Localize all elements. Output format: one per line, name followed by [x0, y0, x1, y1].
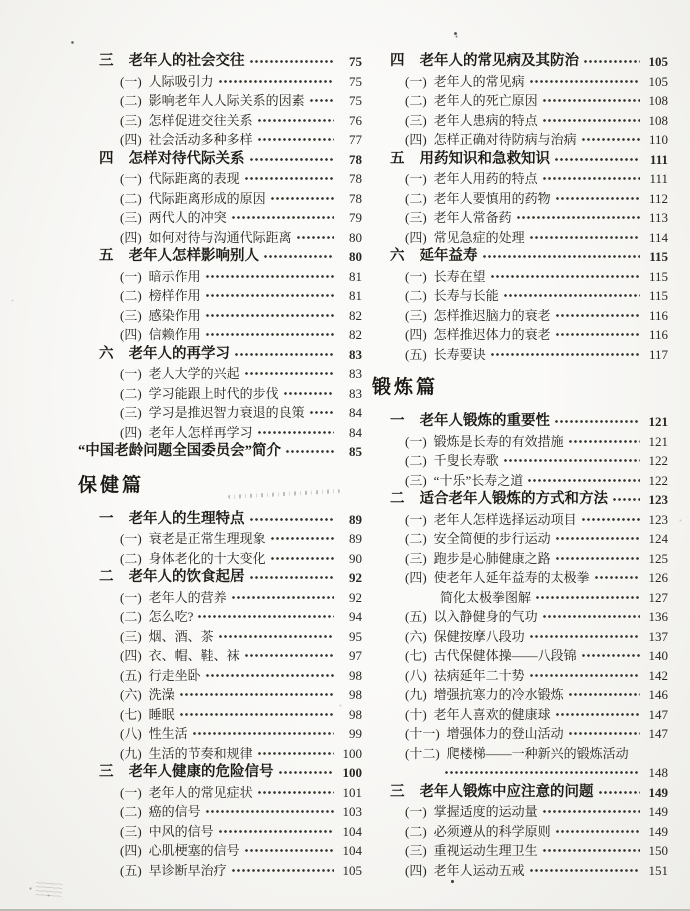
dot-leader: [257, 430, 334, 435]
entry-title: 老年人要慎用的药物: [434, 189, 551, 209]
entry-title: 老年人的社会交往: [129, 52, 245, 72]
entry-page: 121: [642, 412, 668, 432]
toc-entry: (二) 代际距离形成的原因 78: [78, 189, 362, 209]
entry-page: 146: [642, 685, 668, 705]
entry-page: 77: [336, 130, 362, 150]
toc-entry: (二) 千叟长寿歌 122: [372, 451, 668, 471]
entry-page: 125: [642, 549, 668, 569]
dot-leader: [542, 848, 640, 853]
dot-leader: [527, 478, 640, 483]
entry-page: 111: [642, 150, 668, 170]
toc-entry: (一) 长寿在望 115: [372, 267, 668, 287]
entry-title: 老年人患病的特点: [434, 111, 538, 131]
entry-number: (五): [405, 345, 427, 365]
toc-scan-page: 三 老年人的社会交往 75 (一) 人际吸引力 75 (二) 影响老年人人际关系…: [0, 0, 690, 911]
entry-page: 76: [336, 111, 362, 131]
entry-title: 暗示作用: [149, 267, 201, 287]
entry-title: 学习是推迟智力衰退的良策: [149, 403, 305, 423]
toc-entry: 二 老年人的饮食起居 92: [78, 568, 362, 588]
toc-column-right: 四 老年人的常见病及其防治 105 (一) 老年人的常见病 105 (二) 老年…: [372, 52, 668, 880]
dot-leader: [594, 575, 640, 580]
entry-page: 98: [336, 685, 362, 705]
scan-smudge: [36, 881, 63, 897]
dot-leader: [244, 848, 334, 853]
entry-number: 三: [99, 763, 114, 783]
toc-entry: 六 延年益寿 115: [372, 247, 668, 267]
entry-title: 安全简便的步行运动: [434, 529, 551, 549]
entry-title: 老年人的死亡原因: [434, 91, 538, 111]
toc-entry: (四) 使老年人延年益寿的太极拳 126: [372, 568, 668, 588]
entry-number: (一): [120, 588, 142, 608]
entry-title: 老年人的再学习: [129, 345, 231, 365]
entry-page: 123: [642, 490, 668, 510]
toc-entry: (四) 社会活动多种多样 77: [78, 130, 362, 150]
toc-entry: (四) 心肌梗塞的信号 104: [78, 841, 362, 861]
entry-number: (三): [405, 471, 427, 491]
entry-page: 105: [642, 72, 668, 92]
dot-leader: [296, 235, 334, 240]
toc-entry: (三) “十乐”长寿之道 122: [372, 471, 668, 491]
entry-title: 老年人的饮食起居: [129, 568, 245, 588]
toc-entry: 五 老年人怎样影响别人 80: [78, 247, 362, 267]
dot-leader: [205, 673, 334, 678]
entry-number: (九): [120, 744, 142, 764]
dot-leader: [542, 98, 640, 103]
entry-title: 老年人怎样再学习: [149, 423, 253, 443]
entry-title: 长寿与长能: [434, 286, 499, 306]
entry-title: 烟、酒、茶: [149, 627, 214, 647]
dot-leader: [218, 634, 334, 639]
entry-page: 105: [336, 861, 362, 881]
entry-title: 祛病延年二十势: [434, 666, 525, 686]
entry-page: 113: [642, 208, 668, 228]
toc-entry: (三) 两代人的冲突 79: [78, 208, 362, 228]
entry-number: (二): [405, 529, 427, 549]
entry-number: (四): [120, 130, 142, 150]
entry-number: (三): [405, 111, 427, 131]
toc-entry: (一) 老年人的营养 92: [78, 588, 362, 608]
entry-number: (一): [405, 267, 427, 287]
toc-entry: (二) 必须遵从的科学原则 149: [372, 822, 668, 842]
entry-page: 75: [336, 91, 362, 111]
toc-entry: (三) 怎样促进交往关系 76: [78, 111, 362, 131]
entry-title: 洗澡: [149, 685, 175, 705]
entry-title: 以入静健身的气功: [434, 607, 538, 627]
entry-number: (二): [405, 91, 427, 111]
toc-entry: 一 老年人的生理特点 89: [78, 510, 362, 530]
entry-number: (三): [405, 208, 427, 228]
entry-page: 149: [642, 783, 668, 803]
dot-leader: [231, 215, 334, 220]
entry-title: 老年人用药的特点: [434, 169, 538, 189]
entry-page: 140: [642, 646, 668, 666]
entry-title: 增强抗寒力的冷水锻炼: [434, 685, 564, 705]
entry-title: 怎么吃?: [149, 607, 194, 627]
entry-page: 115: [642, 267, 668, 287]
entry-page: 82: [336, 306, 362, 326]
dot-leader: [555, 196, 640, 201]
entry-page: 81: [336, 286, 362, 306]
entry-page: 112: [642, 189, 668, 209]
entry-page: 82: [336, 325, 362, 345]
dot-leader: [598, 790, 641, 795]
toc-entry: 一 老年人锻炼的重要性 121: [372, 412, 668, 432]
toc-entry: 三 老年人锻炼中应注意的问题 149: [372, 783, 668, 803]
entry-number: 四: [390, 52, 405, 72]
entry-title: 行走坐卧: [149, 666, 201, 686]
toc-entry: (六) 洗澡 98: [78, 685, 362, 705]
entry-number: 三: [99, 52, 114, 72]
toc-entry: 三 老年人健康的危险信号 100: [78, 763, 362, 783]
entry-title: 老年人怎样选择运动项目: [434, 510, 577, 530]
toc-entry: (一) 代际距离的表现 78: [78, 169, 362, 189]
entry-title: 老年人锻炼的重要性: [420, 412, 551, 432]
entry-number: 五: [99, 247, 114, 267]
entry-number: (十二): [405, 744, 440, 764]
entry-number: (一): [120, 529, 142, 549]
entry-page: 126: [642, 568, 668, 588]
entry-title: 跑步是心肺健康之路: [434, 549, 551, 569]
entry-number: (四): [405, 228, 427, 248]
dot-leader: [554, 157, 640, 162]
entry-title: 人际吸引力: [149, 72, 214, 92]
dot-leader: [555, 712, 640, 717]
entry-page: 115: [642, 286, 668, 306]
entry-title: 性生活: [149, 724, 188, 744]
entry-title: 老年人的常见症状: [149, 783, 253, 803]
dot-leader: [179, 692, 334, 697]
toc-entry: (三) 跑步是心肺健康之路 125: [372, 549, 668, 569]
entry-number: 二: [390, 490, 405, 510]
entry-number: (四): [120, 325, 142, 345]
entry-page: 116: [642, 306, 668, 326]
entry-number: (六): [405, 627, 427, 647]
entry-number: (二): [120, 802, 142, 822]
dot-leader: [244, 371, 334, 376]
dot-leader: [490, 352, 640, 357]
dot-leader: [535, 595, 640, 600]
entry-title: 长寿要诀: [434, 345, 486, 365]
entry-number: (一): [120, 364, 142, 384]
entry-page: 127: [642, 588, 668, 608]
entry-page: 151: [642, 861, 668, 881]
entry-number: (二): [120, 549, 142, 569]
entry-title: 长寿在望: [434, 267, 486, 287]
toc-entry: “中国老龄问题全国委员会”简介 85: [78, 442, 362, 462]
dot-leader: [529, 673, 640, 678]
toc-entry: 四 老年人的常见病及其防治 105: [372, 52, 668, 72]
entry-title: 用药知识和急救知识: [420, 150, 551, 170]
dot-leader: [490, 274, 640, 279]
entry-title: 早诊断早治疗: [149, 861, 227, 881]
entry-number: (三): [405, 549, 427, 569]
toc-entry: (四) 老年人怎样再学习 84: [78, 423, 362, 443]
entry-title: “十乐”长寿之道: [434, 471, 524, 491]
entry-number: (三): [120, 208, 142, 228]
entry-number: (一): [405, 72, 427, 92]
entry-page: 98: [336, 705, 362, 725]
entry-number: (五): [120, 861, 142, 881]
entry-title: 衰老是正常生理现象: [149, 529, 266, 549]
entry-title: 老年人怎样影响别人: [129, 247, 260, 267]
entry-page: 149: [642, 822, 668, 842]
entry-page: 148: [642, 763, 668, 783]
entry-title: 老年人的常见病及其防治: [420, 52, 580, 72]
toc-entry: (二) 怎么吃? 94: [78, 607, 362, 627]
toc-entry: (四) 衣、帽、鞋、袜 97: [78, 646, 362, 666]
scan-speckles: [0, 0, 1, 1]
entry-title: 癌的信号: [149, 802, 201, 822]
entry-title: “中国老龄问题全国委员会”简介: [78, 442, 281, 462]
entry-title: 睡眠: [149, 705, 175, 725]
entry-number: 二: [99, 568, 114, 588]
toc-column-left: 三 老年人的社会交往 75 (一) 人际吸引力 75 (二) 影响老年人人际关系…: [78, 52, 362, 880]
entry-title: 老年人健康的危险信号: [129, 763, 274, 783]
dot-leader: [581, 653, 640, 658]
dot-leader: [270, 196, 334, 201]
entry-title: 代际距离形成的原因: [149, 189, 266, 209]
entry-page: 147: [642, 724, 668, 744]
dot-leader: [231, 868, 334, 873]
dot-leader: [283, 391, 334, 396]
toc-entry: (五) 早诊断早治疗 105: [78, 861, 362, 881]
dot-leader: [257, 118, 334, 123]
entry-number: (二): [120, 189, 142, 209]
dot-leader: [529, 79, 640, 84]
entry-page: 147: [642, 705, 668, 725]
entry-title: 老年人的营养: [149, 588, 227, 608]
dot-leader: [285, 449, 334, 454]
entry-page: 115: [642, 247, 668, 267]
entry-title: 爬楼梯——一种新兴的锻炼活动: [447, 744, 629, 764]
entry-title: 怎样推迟体力的衰老: [434, 325, 551, 345]
dot-leader: [270, 556, 334, 561]
entry-number: (一): [120, 267, 142, 287]
entry-title: 如何对待与沟通代际距离: [149, 228, 292, 248]
dot-leader: [257, 790, 334, 795]
entry-page: 78: [336, 169, 362, 189]
dot-leader: [278, 770, 335, 775]
toc-entry: (一) 暗示作用 81: [78, 267, 362, 287]
toc-entry: (九) 生活的节奏和规律 100: [78, 744, 362, 764]
entry-page: 85: [336, 442, 362, 462]
toc-entry: (七) 睡眠 98: [78, 705, 362, 725]
toc-entry: (一) 衰老是正常生理现象 89: [78, 529, 362, 549]
toc-entry: (一) 锻炼是长寿的有效措施 121: [372, 432, 668, 452]
entry-title: 怎样推迟脑力的衰老: [434, 306, 551, 326]
entry-page: 83: [336, 384, 362, 404]
entry-page: 89: [336, 529, 362, 549]
dot-leader: [309, 410, 334, 415]
entry-page: 92: [336, 588, 362, 608]
entry-number: (二): [120, 91, 142, 111]
toc-entry: (二) 身体老化的十大变化 90: [78, 549, 362, 569]
toc-entry: (四) 怎样正确对待防病与治病 110: [372, 130, 668, 150]
entry-number: (二): [405, 822, 427, 842]
entry-title: 心肌梗塞的信号: [149, 841, 240, 861]
entry-number: (三): [405, 306, 427, 326]
toc-entry: (九) 增强抗寒力的冷水锻炼 146: [372, 685, 668, 705]
toc-entry: (三) 老年人常备药 113: [372, 208, 668, 228]
entry-title: 两代人的冲突: [149, 208, 227, 228]
toc-entry: (一) 老年人的常见症状 101: [78, 783, 362, 803]
entry-title: 常见急症的处理: [434, 228, 525, 248]
dot-leader: [205, 313, 334, 318]
entry-number: (四): [405, 325, 427, 345]
entry-page: 123: [642, 510, 668, 530]
entry-number: (一): [405, 510, 427, 530]
dot-leader: [542, 614, 640, 619]
entry-title: 老年人常备药: [434, 208, 512, 228]
entry-page: 79: [336, 208, 362, 228]
dot-leader: [568, 439, 640, 444]
entry-page: 122: [642, 471, 668, 491]
dot-leader: [503, 293, 640, 298]
dot-leader: [581, 137, 640, 142]
dot-leader: [555, 556, 640, 561]
entry-title: 衣、帽、鞋、袜: [149, 646, 240, 666]
toc-entry: (五) 以入静健身的气功 136: [372, 607, 668, 627]
entry-page: 142: [642, 666, 668, 686]
entry-page: 149: [642, 802, 668, 822]
toc-entry: (一) 老年人怎样选择运动项目 123: [372, 510, 668, 530]
toc-entry: (三) 中风的信号 104: [78, 822, 362, 842]
dot-leader: [503, 458, 640, 463]
entry-page: 99: [336, 724, 362, 744]
dot-leader: [257, 137, 334, 142]
section-heading: 锻炼篇: [372, 375, 668, 401]
entry-page: 110: [642, 130, 668, 150]
entry-number: 六: [99, 345, 114, 365]
toc-entry: (三) 怎样推迟脑力的衰老 116: [372, 306, 668, 326]
entry-number: (三): [120, 403, 142, 423]
entry-page: 104: [336, 822, 362, 842]
entry-title: 必须遵从的科学原则: [434, 822, 551, 842]
entry-page: 83: [336, 345, 362, 365]
toc-entry: (二) 影响老年人人际关系的因素 75: [78, 91, 362, 111]
entry-number: (四): [120, 423, 142, 443]
entry-page: 78: [336, 150, 362, 170]
entry-number: 四: [99, 150, 114, 170]
entry-page: 89: [336, 510, 362, 530]
entry-title: 身体老化的十大变化: [149, 549, 266, 569]
dot-leader: [192, 731, 334, 736]
dot-leader: [205, 809, 334, 814]
entry-number: (一): [120, 783, 142, 803]
entry-number: (四): [405, 568, 427, 588]
entry-title: 榜样作用: [149, 286, 201, 306]
entry-page: 80: [336, 247, 362, 267]
entry-page: 75: [336, 52, 362, 72]
entry-number: (一): [405, 169, 427, 189]
entry-page: 116: [642, 325, 668, 345]
dot-leader: [270, 536, 334, 541]
toc-entry: (二) 安全简便的步行运动 124: [372, 529, 668, 549]
entry-number: (五): [405, 607, 427, 627]
entry-page: 80: [336, 228, 362, 248]
toc-entry: (四) 如何对待与沟通代际距离 80: [78, 228, 362, 248]
entry-number: (一): [405, 432, 427, 452]
entry-page: 108: [642, 91, 668, 111]
entry-number: (六): [120, 685, 142, 705]
dot-leader: [205, 293, 334, 298]
toc-entry: (三) 感染作用 82: [78, 306, 362, 326]
entry-title: 怎样对待代际关系: [129, 150, 245, 170]
entry-page: 84: [336, 403, 362, 423]
entry-page: 83: [336, 364, 362, 384]
entry-number: (二): [120, 384, 142, 404]
entry-number: (四): [405, 130, 427, 150]
toc-entry: (五) 行走坐卧 98: [78, 666, 362, 686]
dot-leader: [555, 313, 640, 318]
dot-leader: [529, 634, 640, 639]
entry-title: 保健按摩八段功: [434, 627, 525, 647]
entry-title: 中风的信号: [149, 822, 214, 842]
entry-title: 影响老年人人际关系的因素: [149, 91, 305, 111]
entry-title: 锻炼是长寿的有效措施: [434, 432, 564, 452]
entry-title: 学习能跟上时代的步伐: [149, 384, 279, 404]
entry-page: 111: [642, 169, 668, 189]
entry-number: (二): [405, 451, 427, 471]
entry-number: (十一): [405, 724, 440, 744]
entry-page: 108: [642, 111, 668, 131]
dot-leader: [516, 215, 640, 220]
toc-entry: (一) 人际吸引力 75: [78, 72, 362, 92]
dot-leader: [554, 419, 640, 424]
entry-page: 103: [336, 802, 362, 822]
entry-title: 感染作用: [149, 306, 201, 326]
toc-entry: (一) 老年人用药的特点 111: [372, 169, 668, 189]
toc-entry: 148: [372, 763, 668, 783]
dot-leader: [218, 829, 334, 834]
dot-leader: [542, 118, 640, 123]
entry-title: 社会活动多种多样: [149, 130, 253, 150]
toc-entry: (三) 学习是推迟智力衰退的良策 84: [78, 403, 362, 423]
dot-leader: [218, 79, 334, 84]
dot-leader: [529, 235, 640, 240]
toc-entry: (三) 烟、酒、茶 95: [78, 627, 362, 647]
dot-leader: [263, 254, 334, 259]
toc-entry: (二) 老年人的死亡原因 108: [372, 91, 668, 111]
toc-entry: (三) 老年人患病的特点 108: [372, 111, 668, 131]
toc-entry: (十) 老年人喜欢的健康球 147: [372, 705, 668, 725]
toc-entry: (八) 祛病延年二十势 142: [372, 666, 668, 686]
toc-entry: (十一) 增强体力的登山活动 147: [372, 724, 668, 744]
entry-title: 信赖作用: [149, 325, 201, 345]
entry-title: 老年人锻炼中应注意的问题: [420, 783, 594, 803]
dot-leader: [542, 809, 640, 814]
dot-leader: [234, 352, 334, 357]
dot-leader: [231, 595, 334, 600]
entry-number: (五): [120, 666, 142, 686]
entry-title: 代际距离的表现: [149, 169, 240, 189]
toc-entry: (十二) 爬楼梯——一种新兴的锻炼活动: [372, 744, 668, 764]
entry-title: 使老年人延年益寿的太极拳: [434, 568, 590, 588]
dot-leader: [555, 332, 640, 337]
entry-number: (四): [120, 228, 142, 248]
entry-title: 古代保健体操——八段锦: [434, 646, 577, 666]
dot-leader: [249, 517, 335, 522]
dot-leader: [249, 157, 335, 162]
entry-number: (十): [405, 705, 427, 725]
toc-entry: (四) 信赖作用 82: [78, 325, 362, 345]
entry-number: 五: [390, 150, 405, 170]
entry-number: 六: [390, 247, 405, 267]
dot-leader: [444, 770, 640, 775]
toc-entry: 六 老年人的再学习 83: [78, 345, 362, 365]
entry-number: 一: [390, 412, 405, 432]
dot-leader: [309, 98, 334, 103]
